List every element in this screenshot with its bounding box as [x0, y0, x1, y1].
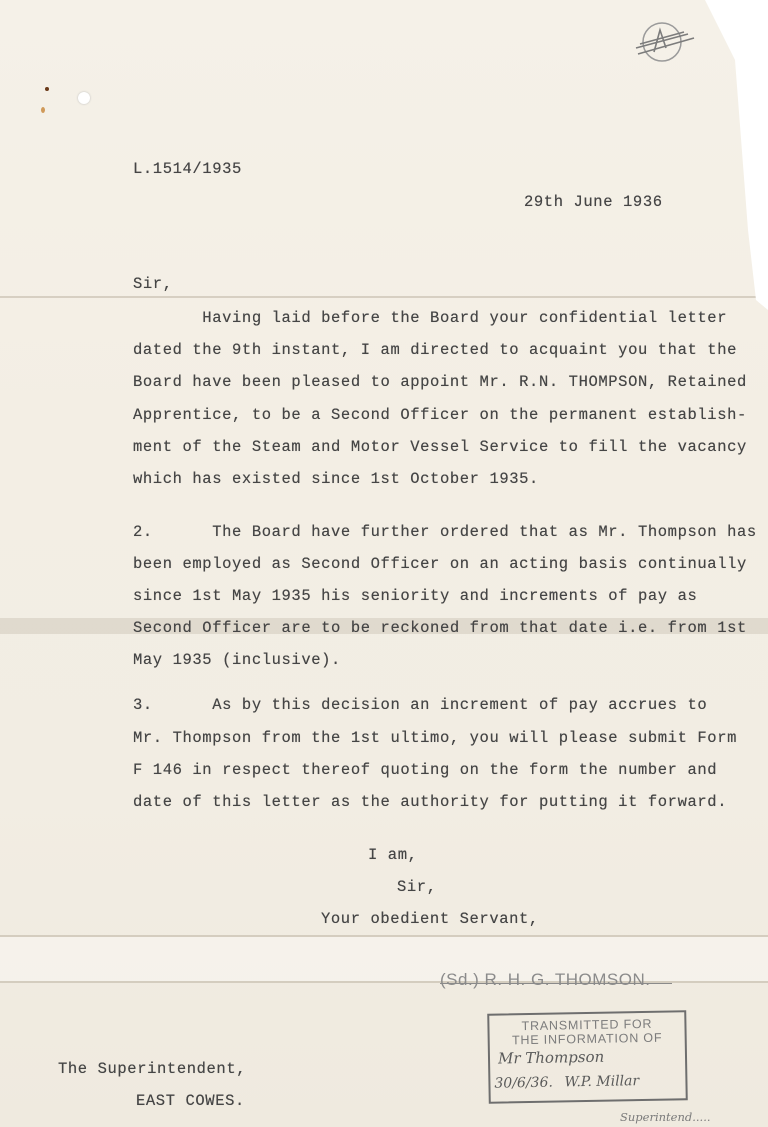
paragraph-line: Having laid before the Board your confid… [133, 309, 727, 327]
paragraph-line: Apprentice, to be a Second Officer on th… [133, 406, 747, 424]
paragraph-line: been employed as Second Officer on an ac… [133, 555, 747, 573]
paragraph-line: Second Officer are to be reckoned from t… [133, 619, 747, 637]
pencil-scribble-icon [628, 18, 700, 66]
paragraph-line: F 146 in respect thereof quoting on the … [133, 761, 717, 779]
handwritten-name: Mr Thompson [498, 1048, 605, 1068]
signature-stamp: (Sd.) R. H. G. THOMSON. [440, 970, 650, 990]
stamp-footer: Superintend..... [620, 1110, 711, 1124]
paragraph-line: May 1935 (inclusive). [133, 651, 341, 669]
closing-i-am: I am, [368, 846, 418, 864]
rust-mark [41, 107, 45, 113]
paragraph-line: which has existed since 1st October 1935… [133, 470, 539, 488]
closing-servant: Your obedient Servant, [321, 910, 539, 928]
paragraph-line: Board have been pleased to appoint Mr. R… [133, 373, 747, 391]
paragraph-line: 2. The Board have further ordered that a… [133, 523, 757, 541]
fold-line [0, 296, 768, 298]
fold-highlight [0, 937, 768, 981]
paragraph-3: 3. As by this decision an increment of p… [133, 696, 173, 804]
closing-sir: Sir, [397, 878, 437, 896]
handwritten-signature: W.P. Millar [564, 1073, 639, 1090]
paragraph-line: dated the 9th instant, I am directed to … [133, 341, 737, 359]
paragraph-line: Mr. Thompson from the 1st ultimo, you wi… [133, 729, 737, 747]
paragraph-1: Having laid before the Board your confid… [133, 309, 173, 453]
paragraph-line: 3. As by this decision an increment of p… [133, 696, 707, 714]
transmitted-stamp: TRANSMITTED FOR THE INFORMATION OF Mr Th… [487, 1010, 688, 1103]
addressee-title: The Superintendent, [58, 1060, 246, 1078]
stamp-title-line: THE INFORMATION OF [490, 1030, 685, 1047]
handwritten-date: 30/6/36. [494, 1075, 553, 1092]
rust-mark [45, 87, 49, 91]
paragraph-line: date of this letter as the authority for… [133, 793, 727, 811]
paragraph-line: ment of the Steam and Motor Vessel Servi… [133, 438, 747, 456]
punch-hole [78, 92, 90, 104]
salutation: Sir, [133, 275, 173, 293]
letter-date: 29th June 1936 [524, 193, 663, 211]
signature-underline [440, 983, 672, 984]
reference-number: L.1514/1935 [133, 160, 242, 178]
addressee-location: EAST COWES. [136, 1092, 245, 1110]
paragraph-line: since 1st May 1935 his seniority and inc… [133, 587, 697, 605]
paragraph-2: 2. The Board have further ordered that a… [133, 523, 173, 649]
letter-page: L.1514/1935 29th June 1936 Sir, Having l… [0, 0, 768, 1127]
